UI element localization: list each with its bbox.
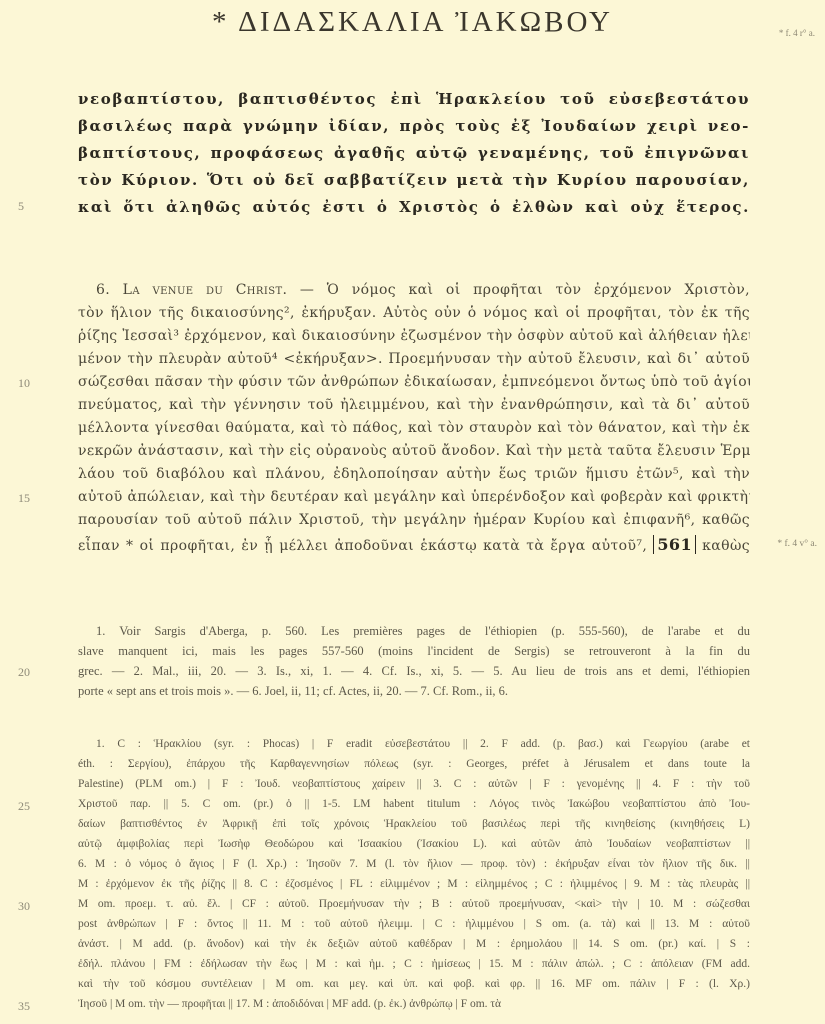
body-text-end: καθὼς [702,538,750,554]
body-line: σώζεσθαι πᾶσαν τὴν φύσιν τῶν ἀνθρώπων ἐδ… [78,374,750,390]
apparatus-line: 6. M : ὁ νόμος ὁ ἅγιος | F (l. Χρ.) : Ἰη… [78,858,750,870]
body-line: νεκρῶν ἀνάστασιν, καὶ τὴν εἰς οὐρανοὺς α… [78,443,750,459]
apparatus-line: ἐδήλ. πλάνου | FM : ἐδήλωσαν τὴν ἕως | M… [78,958,750,970]
apparatus-line: δαίων βαπτισθέντος ἐν Ἀφρικῇ ἐπὶ τοῖς χρ… [78,818,750,830]
body-line-last: εἶπαν * οἱ προφῆται, ἐν ᾗ μέλλει ἀποδοῦν… [78,535,750,554]
intro-line: νεοβαπτίστου, βαπτισθέντος ἐπὶ Ἡρακλείου… [78,90,750,108]
apparatus-line: M : ἐρχόμενον ἐκ τῆς ῥίζης || 8. C : ἐζο… [78,878,750,890]
body-line: αὐτοῦ ἀπώλειαν, καὶ τὴν δευτέραν καὶ μεγ… [78,489,750,505]
line-number: 25 [18,799,30,814]
intro-line: καὶ ὅτι ἀληθῶς αὐτός ἐστι ὁ Χριστὸς ὁ ἐλ… [78,198,750,216]
footnote-line: porte « sept ans et trois mois ». — 6. J… [78,684,750,699]
body-line: πνεύματος, καὶ τὴν γέννησιν τοῦ ἠλειμμέν… [78,397,750,413]
section-text: Ὁ νόμος καὶ οἱ προφῆται τὸν ἐρχόμενον Χρ… [327,282,750,298]
footnote-line: slave manquent ici, mais les pages 557-5… [78,644,750,659]
line-number: 15 [18,491,30,506]
line-number: 30 [18,899,30,914]
apparatus-line: Χριστοῦ παρ. || 5. C om. (pr.) ὁ || 1-5.… [78,798,750,810]
apparatus-line: 1. C : Ἡρακλίου (syr. : Phocas) | F erad… [96,738,750,750]
line-number: 35 [18,999,30,1014]
folio-note-top: * f. 4 r° a. [779,28,815,38]
line-number: 5 [18,199,24,214]
apparatus-line: post ἀνθρώπων | F : ὄντος || 11. M : τοῦ… [78,918,750,930]
section-heading-line: 6. La venue du Christ. — Ὁ νόμος καὶ οἱ … [96,282,750,298]
apparatus-line: καὶ τὴν τοῦ κόσμου συντέλειαν | M om. κα… [78,978,750,990]
apparatus-line: ἀνάστ. | M add. (p. ἄνοδον) καὶ τὴν ἐκ δ… [78,938,750,950]
body-line: μένον τὴν πλευρὰν αὐτοῦ⁴ <ἐκήρυξαν>. Προ… [78,351,750,367]
section-number: 6. [96,282,110,298]
section-dash: — [300,282,314,298]
margin-folio-note: * f. 4 v° a. [777,539,817,549]
page-title: * ΔΙΔΑΣΚΑΛΙΑ ἸΑΚΩΒΟΥ [0,6,825,39]
intro-line: βασιλέως παρὰ γνώμην ἰδίαν, πρὸς τοὺς ἐξ… [78,117,750,135]
line-number: 10 [18,376,30,391]
apparatus-line: éth. : Σεργίου), ἐπάρχου τῆς Καρθαγεννησ… [78,758,750,770]
line-number: 20 [18,665,30,680]
body-line: λάου τοῦ διαβόλου καὶ πλάνου, ἐδηλοποίησ… [78,466,750,482]
intro-line: τὸν Κύριον. Ὅτι οὐ δεῖ σαββατίζειν μετὰ … [78,171,750,189]
footnote-line: grec. — 2. Mal., iii, 20. — 3. Is., xi, … [78,664,750,679]
footnote-line: 1. Voir Sargis d'Aberga, p. 560. Les pre… [96,624,750,639]
body-line: παρουσίαν τοῦ αὐτοῦ πάλιν Χριστοῦ, τὴν μ… [78,512,750,528]
apparatus-line: M om. προεμ. τ. αὐ. ἔλ. | CF : αὐτοῦ. Πρ… [78,898,750,910]
document-page: * ΔΙΔΑΣΚΑΛΙΑ ἸΑΚΩΒΟΥ * f. 4 r° a. νεοβαπ… [0,0,825,1024]
page-marker: 561 [653,535,696,554]
apparatus-line: Palestine) (PLM om.) | F : Ἰουδ. νεοβαπτ… [78,778,750,790]
body-line: μέλλοντα γίνεσθαι θαύματα, καὶ τὸ πάθος,… [78,420,750,436]
body-line: τὸν ἥλιον τῆς δικαιοσύνης², ἐκήρυξαν. Αὐ… [78,305,750,321]
section-heading: La venue du Christ. [123,282,288,298]
body-text: εἶπαν * οἱ προφῆται, ἐν ᾗ μέλλει ἀποδοῦν… [78,538,647,554]
intro-line: βαπτίστους, προφάσεως ἀγαθῆς αὐτῷ γεναμέ… [78,144,750,162]
apparatus-line: Ἰησοῦ | M om. τὴν — προφῆται || 17. M : … [78,998,750,1010]
apparatus-line: αὐτῷ ἀμφιβολίας περὶ Ἰωσὴφ Θεοδώρου καὶ … [78,838,750,850]
body-line: ῥίζης Ἰεσσαὶ³ ἐρχόμενον, καὶ δικαιοσύνην… [78,328,750,344]
